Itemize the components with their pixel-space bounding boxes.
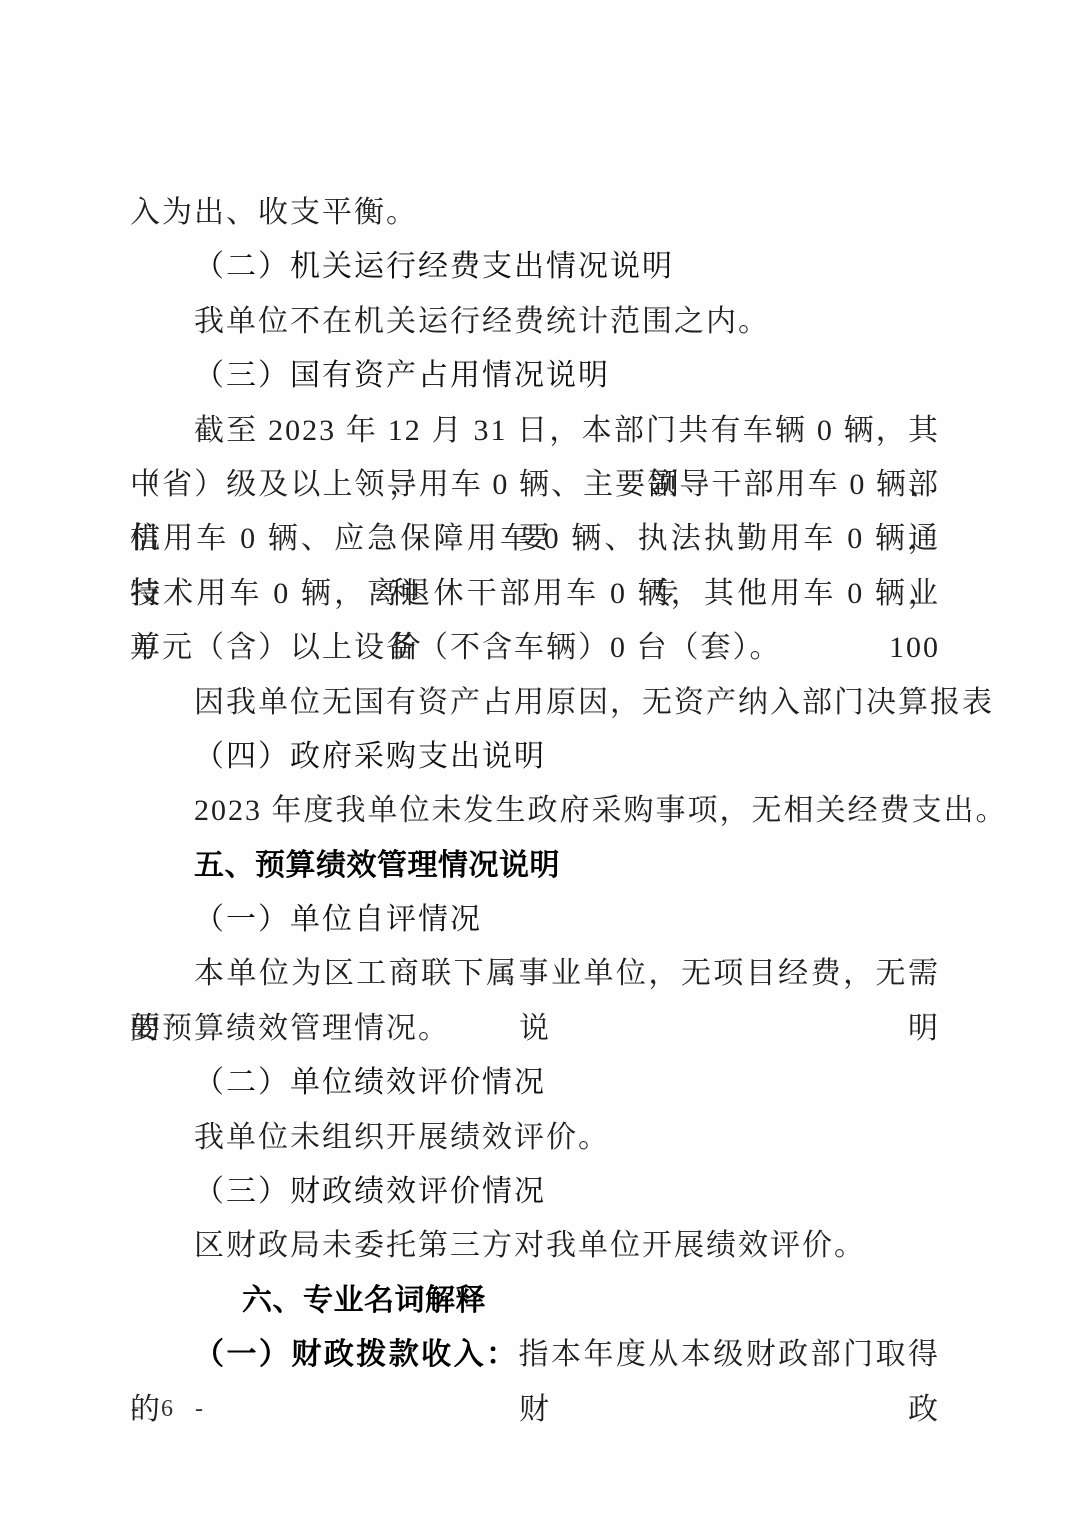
subsection-heading: （二）单位绩效评价情况 (130, 1056, 940, 1110)
text-line: 2023 年度我单位未发生政府采购事项，无相关经费支出。 (130, 784, 940, 838)
text-line: 因我单位无国有资产占用原因，无资产纳入部门决算报表 (130, 676, 940, 730)
text-line: 本单位为区工商联下属事业单位，无项目经费，无需要说明 (130, 947, 940, 1001)
term-label: （一）财政拨款收入： (194, 1338, 519, 1371)
text-line: 我单位未组织开展绩效评价。 (130, 1111, 940, 1165)
subsection-heading: （二）机关运行经费支出情况说明 (130, 240, 940, 294)
subsection-heading: （三）国有资产占用情况说明 (130, 349, 940, 403)
subsection-heading: （三）财政绩效评价情况 (130, 1165, 940, 1219)
subsection-heading: （四）政府采购支出说明 (130, 730, 940, 784)
page-number: - 6 - (131, 1396, 211, 1423)
subsection-heading: （一）单位自评情况 (130, 893, 940, 947)
section-heading: 六、专业名词解释 (130, 1274, 940, 1328)
text-line: （一）财政拨款收入：指本年度从本级财政部门取得的财政 (130, 1328, 940, 1382)
section-heading: 五、预算绩效管理情况说明 (130, 839, 940, 893)
document-body: 入为出、收支平衡。（二）机关运行经费支出情况说明我单位不在机关运行经费统计范围之… (130, 186, 940, 1383)
document-page: 入为出、收支平衡。（二）机关运行经费支出情况说明我单位不在机关运行经费统计范围之… (0, 0, 1075, 1520)
text-line: 技术用车 0 辆，离退休干部用车 0 辆，其他用车 0 辆，单价 100 (130, 567, 940, 621)
text-line: （省）级及以上领导用车 0 辆、主要领导干部用车 0 辆、机要通 (130, 458, 940, 512)
text-line: 截至 2023 年 12 月 31 日，本部门共有车辆 0 辆，其中，副部 (130, 404, 940, 458)
text-line: 信用车 0 辆、应急保障用车 0 辆、执法执勤用车 0 辆，特种专业 (130, 512, 940, 566)
text-line: 入为出、收支平衡。 (130, 186, 940, 240)
text-line: 我单位不在机关运行经费统计范围之内。 (130, 295, 940, 349)
text-line: 区财政局未委托第三方对我单位开展绩效评价。 (130, 1219, 940, 1273)
